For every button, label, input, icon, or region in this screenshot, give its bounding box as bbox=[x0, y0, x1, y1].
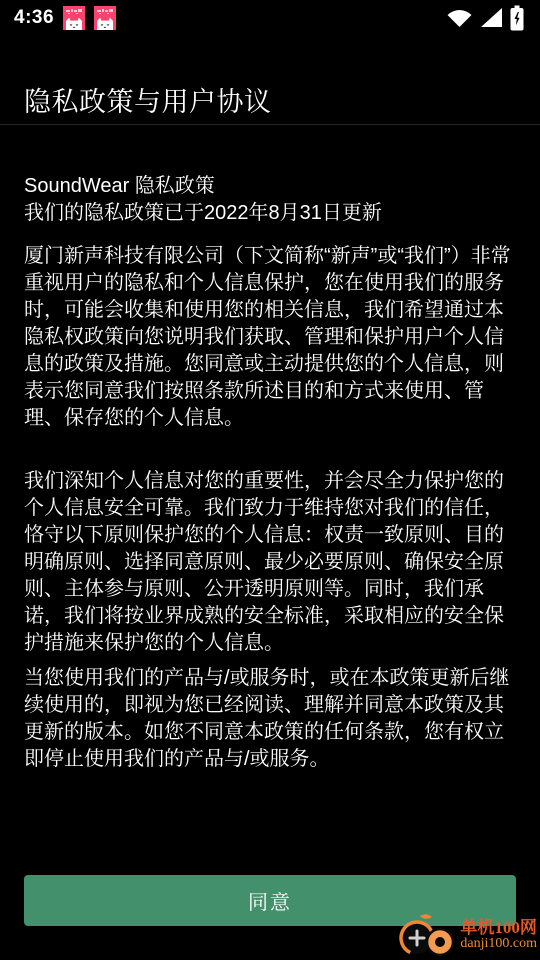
watermark-text: 单机100网 danji100.com bbox=[460, 919, 537, 952]
danji100-logo-icon bbox=[396, 912, 456, 958]
battery-charging-icon bbox=[510, 5, 524, 31]
policy-paragraph: 厦门新声科技有限公司（下文简称“新声”或“我们”）非常重视用户的隐私和个人信息保… bbox=[24, 243, 516, 432]
policy-paragraph: 当您使用我们的产品与/或服务时，或在本政策更新后继续使用的，即视为您已经阅读、理… bbox=[24, 665, 516, 773]
app-notification-icon bbox=[63, 6, 85, 30]
privacy-policy-screen: 4:36 bbox=[0, 0, 540, 960]
policy-paragraph: 我们深知个人信息对您的重要性，并会尽全力保护您的个人信息安全可靠。我们致力于维持… bbox=[24, 468, 516, 657]
status-bar-right bbox=[446, 5, 524, 31]
policy-paragraph: SoundWear 隐私政策 我们的隐私政策已于2022年8月31日更新 bbox=[24, 173, 516, 227]
wifi-icon bbox=[446, 7, 473, 29]
clock: 4:36 bbox=[14, 7, 54, 29]
app-notification-icon bbox=[94, 6, 116, 30]
watermark-site-name: 单机100网 bbox=[460, 919, 537, 937]
status-bar-left: 4:36 bbox=[14, 6, 116, 30]
page-title: 隐私政策与用户协议 bbox=[0, 36, 540, 119]
status-bar: 4:36 bbox=[0, 0, 540, 36]
watermark: 单机100网 danji100.com bbox=[396, 912, 537, 958]
watermark-domain: danji100.com bbox=[460, 937, 537, 952]
app-bar: 隐私政策与用户协议 bbox=[0, 36, 540, 124]
cellular-signal-icon bbox=[479, 7, 504, 29]
policy-text-scroll-area[interactable]: SoundWear 隐私政策 我们的隐私政策已于2022年8月31日更新厦门新声… bbox=[0, 124, 540, 864]
